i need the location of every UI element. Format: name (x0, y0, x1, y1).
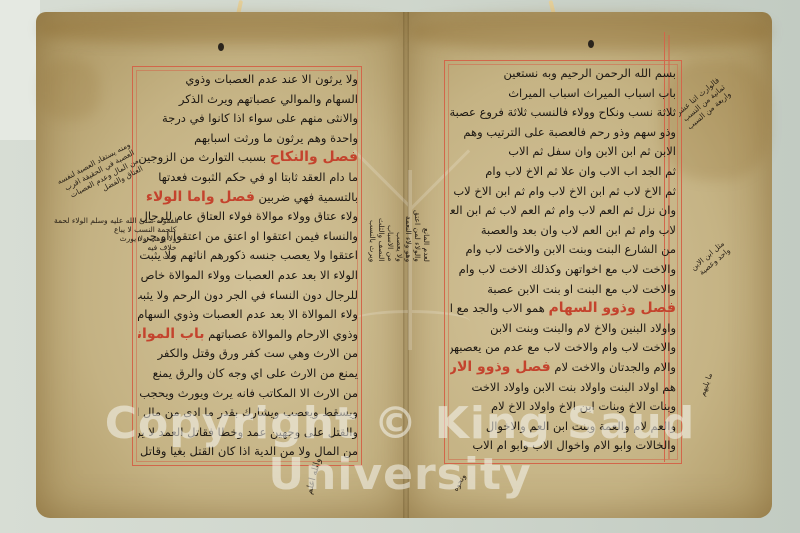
water-stain (40, 14, 400, 44)
rubric-heading: فصل وذوو السهام (548, 300, 676, 316)
ink-spot (218, 43, 224, 51)
text-line: يمنع من الارث على اي وجه كان والرق يمنع (138, 364, 358, 384)
text-line: السهام والموالي عصباتهم ويرث الذكر (138, 90, 358, 110)
text-line: الابن ثم ابن الابن وان سفل ثم الاب (450, 142, 676, 162)
text-line: للرجال دون النساء في الجر دون الرحم ولا … (138, 286, 358, 306)
text-line: والاخت لاب مع اخواتهن وكذلك الاخت لاب وا… (450, 260, 676, 280)
text-line: والانثى منهم على سواء اذا كانوا في درجة (138, 109, 358, 129)
text-line: الولاء الا بعد عدم العصبات وولاء الموالا… (138, 266, 358, 286)
text-line: بالتسمية فهي ضربين فصل واما الولاء (138, 188, 358, 208)
text-line: ولا يرثون الا عند عدم العصبات وذوي (138, 70, 358, 90)
text-line: ثم الاخ لاب ثم ابن الاخ لاب وام ثم ابن ا… (450, 182, 676, 202)
tissue-paper (0, 0, 40, 140)
text-line: من الشارع البنت وبنت الابن والاخت لاب وا… (450, 240, 676, 260)
rubric-heading: باب الموانع (138, 326, 205, 342)
text-line: من الارث وهي ست كفر ورق وقتل والكفر (138, 344, 358, 364)
rubric-heading: فصل وذوو الارحام (450, 359, 551, 375)
margin-note-left-inner: لعدم المانع والولاء لمن اعتق وهو ولاء ال… (368, 210, 431, 262)
text-line: ما دام العقد ثابتا او في حكم الثبوت فعدت… (138, 168, 358, 188)
rubric-heading: فصل واما الولاء (146, 189, 255, 205)
text-line: واحدة وهم يرثون ما ورثت اسبابهم (138, 129, 358, 149)
text-line: هم اولاد البنت واولاد بنت الابن واولاد ا… (450, 378, 676, 398)
text-line: ثلاثة نسب ونكاح وولاء فالنسب ثلاثة فروع … (450, 103, 676, 123)
ink-spot (588, 40, 594, 48)
margin-note-left-outer-2: لفقوله صلى الله عليه وسلم الولاء لحمة كل… (54, 216, 177, 261)
text-line: فصل وذوو السهام همو الاب والجد مع الاولا… (450, 299, 676, 319)
text-line: والاخت لاب مع البنت او بنت الابن عصبة (450, 280, 676, 300)
text-line: ثم الجد اب الاب وان علا ثم الاخ لاب وام (450, 162, 676, 182)
text-line: باب اسباب الميراث اسباب الميراث (450, 84, 676, 104)
text-line: بسم الله الرحمن الرحيم وبه نستعين (450, 64, 676, 84)
text-line: وان نزل ثم العم لاب وام ثم العم لاب ثم ا… (450, 201, 676, 221)
text-line: وذو سهم وذو رحم فالعصبة على الترتيب وهم (450, 123, 676, 143)
text-line: والاخت لاب وام والاخت لاب مع عدم من يعصب… (450, 338, 676, 358)
text-line: ولاء الموالاة الا بعد عدم العصبات وذوي ا… (138, 305, 358, 325)
rubric-heading: فصل والنكاح (270, 149, 358, 165)
text-line: فصل والنكاح بسبب التوارث من الزوجين (138, 148, 358, 168)
text-line: وذوي الارحام والموالاة عصباتهم باب الموا… (138, 325, 358, 345)
water-stain (40, 60, 100, 120)
text-line: واولاد البنين والاخ لام والبنت وبنت الاب… (450, 319, 676, 339)
text-line: لاب وام ثم ابن العم لاب وان بعد والعصبة (450, 221, 676, 241)
copyright-watermark: Copyright © King Saud University (30, 398, 770, 500)
text-line: والام والجدتان والاخت لام فصل وذوو الارح… (450, 358, 676, 378)
